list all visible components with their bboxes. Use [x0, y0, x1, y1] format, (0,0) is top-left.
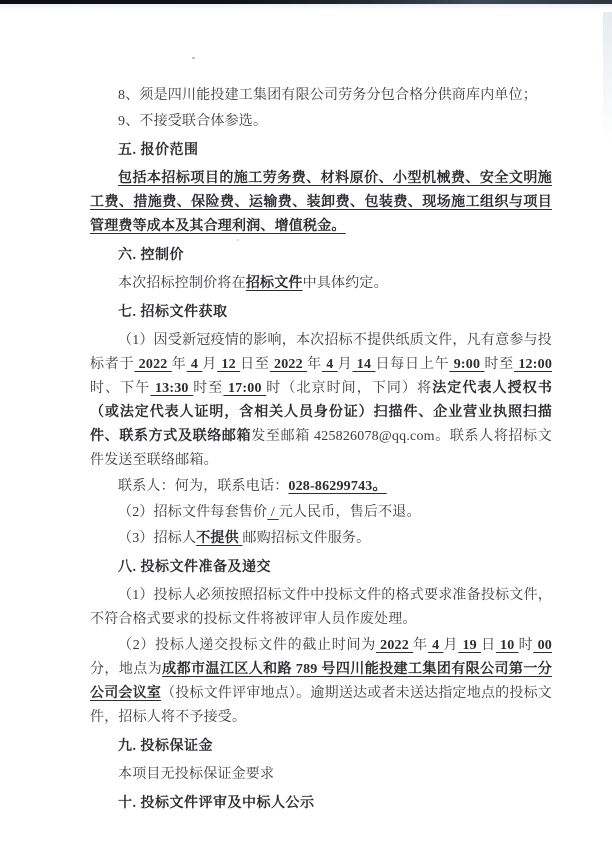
text-run: 4 — [428, 638, 444, 653]
text-run: （3）招标人 — [118, 531, 196, 546]
text-run: 时至 — [484, 357, 514, 372]
scanned-document-page: 8、须是四川能投建工集团有限公司劳务分包合格分供商库内单位；9、不接受联合体参选… — [0, 0, 612, 842]
text-run: 月 — [202, 357, 217, 372]
text-run: （2）招标文件每套售价 — [118, 505, 267, 520]
text-run: 不提供 — [196, 531, 242, 546]
text-run: 本次招标控制价将在 — [118, 276, 246, 291]
text-run: 五. 报价范围 — [118, 143, 199, 158]
text-run: 10 — [496, 638, 519, 653]
section-heading: 六. 控制价 — [90, 244, 552, 268]
text-run: 13:30 — [150, 381, 193, 396]
paragraph: 9、不接受联合体参选。 — [90, 110, 552, 134]
section-heading: 九. 投标保证金 — [90, 735, 552, 759]
document-body: 8、须是四川能投建工集团有限公司劳务分包合格分供商库内单位；9、不接受联合体参选… — [90, 84, 552, 820]
text-run: （2）投标人递交投标文件的截止时间为 — [118, 638, 376, 653]
scan-speck — [192, 57, 195, 59]
text-run: 14 — [352, 357, 375, 372]
text-run: 八. 投标文件准备及递交 — [118, 560, 271, 575]
paragraph: 联系人：何为，联系电话：028-86299743。 — [90, 475, 552, 499]
paragraph: 本项目无投标保证金要求 — [90, 763, 552, 787]
text-run: 时（北京时间，下同）将 — [266, 381, 432, 396]
text-run: 12:00 — [514, 357, 552, 372]
paragraph: 本次招标控制价将在招标文件中具体约定。 — [90, 272, 552, 296]
paragraph: 包括本招标项目的施工劳务费、材料原价、小型机械费、安全文明施工费、措施费、保险费… — [90, 167, 552, 239]
text-run: 00 — [533, 638, 552, 653]
text-run: 日每日上午 — [375, 357, 449, 372]
text-run: 七. 招标文件获取 — [118, 305, 228, 320]
text-run: 月 — [338, 357, 353, 372]
text-run: 028-86299743。 — [288, 479, 386, 494]
text-run: 月 — [444, 638, 459, 653]
section-heading: 十. 投标文件评审及中标人公示 — [90, 792, 552, 816]
text-run: 十. 投标文件评审及中标人公示 — [118, 796, 315, 811]
text-run: 9:00 — [449, 357, 484, 372]
paragraph: （2）投标人递交投标文件的截止时间为 2022 年 4 月 19 日 10 时 … — [90, 634, 552, 730]
text-run: 日 — [481, 638, 496, 653]
text-run: 九. 投标保证金 — [118, 739, 213, 754]
text-run: 时至 — [193, 381, 223, 396]
text-run: 2022 — [270, 357, 307, 372]
paragraph: （1）投标人必须按照招标文件中投标文件的格式要求准备投标文件，不符合格式要求的投… — [90, 584, 552, 632]
text-run: 9、不接受联合体参选。 — [118, 114, 267, 129]
text-run: 分，地点为 — [90, 662, 162, 677]
text-run: 元人民币，售后不退。 — [279, 505, 421, 520]
text-run: 年 — [172, 357, 187, 372]
text-run: 年 — [413, 638, 428, 653]
section-heading: 七. 招标文件获取 — [90, 301, 552, 325]
text-run: 2022 — [134, 357, 171, 372]
text-run: 日至 — [240, 357, 270, 372]
text-run: 2022 — [376, 638, 413, 653]
text-run: 包括本招标项目的施工劳务费、材料原价、小型机械费、安全文明施工费、措施费、保险费… — [90, 171, 552, 234]
text-run: 招标文件 — [246, 276, 303, 291]
text-run: 邮购招标文件服务。 — [243, 531, 371, 546]
text-run: / — [267, 505, 279, 520]
scanner-edge-shadow — [0, 4, 612, 10]
text-run: 19 — [458, 638, 481, 653]
paragraph: 8、须是四川能投建工集团有限公司劳务分包合格分供商库内单位； — [90, 84, 552, 108]
paper-edge-shadow — [603, 12, 612, 142]
paragraph: （1）因受新冠疫情的影响，本次招标不提供纸质文件，凡有意参与投标者于 2022 … — [90, 329, 552, 473]
text-run: 4 — [322, 357, 338, 372]
text-run: 时、下午 — [90, 381, 150, 396]
text-run: 年 — [307, 357, 322, 372]
section-heading: 五. 报价范围 — [90, 139, 552, 163]
text-run: 中具体约定。 — [303, 276, 388, 291]
text-run: 六. 控制价 — [118, 248, 184, 263]
section-heading: 八. 投标文件准备及递交 — [90, 556, 552, 580]
paragraph: （3）招标人不提供 邮购招标文件服务。 — [90, 527, 552, 551]
text-run: 联系人：何为，联系电话： — [118, 479, 288, 494]
text-run: 4 — [187, 357, 203, 372]
text-run: 12 — [217, 357, 240, 372]
text-run: 时 — [519, 638, 534, 653]
text-run: 8、须是四川能投建工集团有限公司劳务分包合格分供商库内单位； — [118, 88, 537, 103]
text-run: 本项目无投标保证金要求 — [118, 767, 274, 782]
paragraph: （2）招标文件每套售价 / 元人民币，售后不退。 — [90, 501, 552, 525]
text-run: 17:00 — [223, 381, 266, 396]
text-run: （1）投标人必须按照招标文件中投标文件的格式要求准备投标文件，不符合格式要求的投… — [90, 588, 552, 627]
